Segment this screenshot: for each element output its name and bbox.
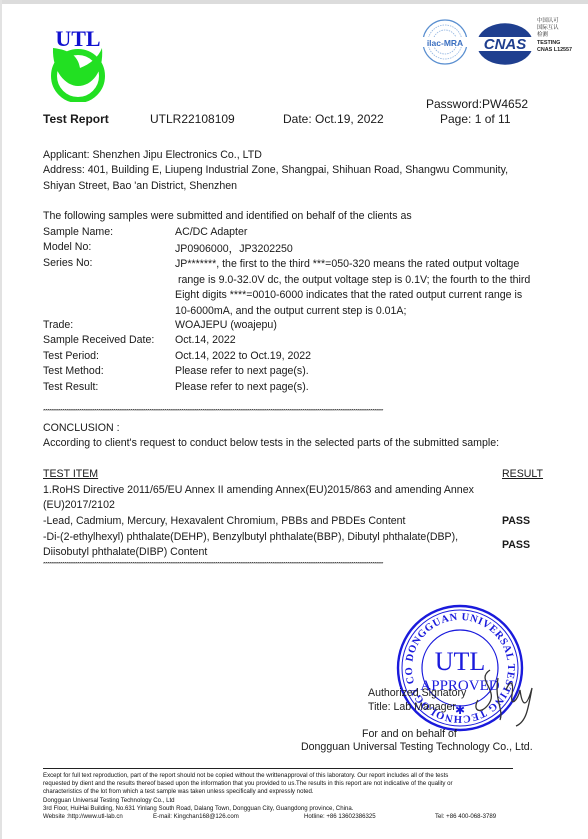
handwritten-signature <box>470 660 550 730</box>
sample-name-label: Sample Name: <box>43 226 113 238</box>
ilac-mra-icon: ilac-MRA <box>422 20 468 64</box>
series-no-value: JP*******, the first to the third ***=05… <box>175 257 530 319</box>
password: Password:PW4652 <box>426 97 528 111</box>
page-indicator: Page: 1 of 11 <box>440 112 511 126</box>
applicant-name: Applicant: Shenzhen Jipu Electronics Co.… <box>43 148 508 163</box>
test-method-value: Please refer to next page(s). <box>175 365 309 377</box>
footer-disclaimer: Except for full text reproduction, part … <box>43 772 453 821</box>
result-pass-phthalates: PASS <box>502 538 530 553</box>
signatory-title: Title: Lab Manager <box>368 700 456 715</box>
svg-text:✱: ✱ <box>455 703 465 717</box>
test-row-heavy-metals: -Lead, Cadmium, Mercury, Hexavalent Chro… <box>43 514 406 529</box>
test-period-label: Test Period: <box>43 350 99 362</box>
footer-hotline: Hotline: +86 13602386325 <box>304 813 376 821</box>
trade-label: Trade: <box>43 319 73 331</box>
applicant-section: Applicant: Shenzhen Jipu Electronics Co.… <box>43 148 508 194</box>
page-left-border <box>0 0 2 839</box>
applicant-address-line-1: Address: 401, Building E, Liupeng Indust… <box>43 163 508 178</box>
result-pass-heavy-metals: PASS <box>502 514 530 529</box>
test-result-label: Test Result: <box>43 381 98 393</box>
samples-intro: The following samples were submitted and… <box>43 209 412 224</box>
test-item-header: TEST ITEM <box>43 467 98 482</box>
footer-divider <box>43 768 513 769</box>
model-no-label: Model No: <box>43 241 91 253</box>
model-no-value: JP0906000，JP3202250 <box>175 241 293 256</box>
utl-logo: UTL <box>20 12 130 102</box>
applicant-address-line-2: Shiyan Street, Bao 'an District, Shenzhe… <box>43 179 508 194</box>
page-top-border <box>0 0 588 4</box>
cnas-accreditation-text: 中国认可 国际互认 检测 TESTING CNAS L12557 <box>537 18 572 54</box>
report-title: Test Report <box>43 112 109 126</box>
separator-line-bottom: ****************************************… <box>43 562 545 568</box>
report-date: Date: Oct.19, 2022 <box>283 112 384 126</box>
received-date-label: Sample Received Date: <box>43 334 154 346</box>
svg-text:UTL: UTL <box>55 26 100 51</box>
conclusion-heading: CONCLUSION : <box>43 421 120 436</box>
footer-website: Website :http://www.utl-lab.cn <box>43 813 123 821</box>
separator-line: ****************************************… <box>43 409 545 415</box>
series-no-label: Series No: <box>43 257 92 269</box>
test-row-phthalates: -Di-(2-ethylhexyl) phthalate(DEHP), Benz… <box>43 530 458 561</box>
trade-value: WOAJEPU (woajepu) <box>175 319 277 331</box>
svg-text:ilac-MRA: ilac-MRA <box>427 38 463 48</box>
received-date-value: Oct.14, 2022 <box>175 334 236 346</box>
result-header: RESULT <box>502 467 543 482</box>
report-number: UTLR22108109 <box>150 112 235 126</box>
footer-tel: Tel: +86 400-068-3789 <box>435 813 496 821</box>
test-method-label: Test Method: <box>43 365 104 377</box>
cnas-icon: CNAS <box>475 23 535 64</box>
footer-email: E-mail: Kingchan168@126.com <box>153 813 239 821</box>
test-result-value: Please refer to next page(s). <box>175 381 309 393</box>
sample-name-value: AC/DC Adapter <box>175 226 247 238</box>
test-standard: 1.RoHS Directive 2011/65/EU Annex II ame… <box>43 483 474 514</box>
conclusion-text: According to client's request to conduct… <box>43 436 499 451</box>
test-period-value: Oct.14, 2022 to Oct.19, 2022 <box>175 350 311 362</box>
svg-text:CNAS: CNAS <box>484 36 527 53</box>
issuing-company: Dongguan Universal Testing Technology Co… <box>301 740 533 755</box>
